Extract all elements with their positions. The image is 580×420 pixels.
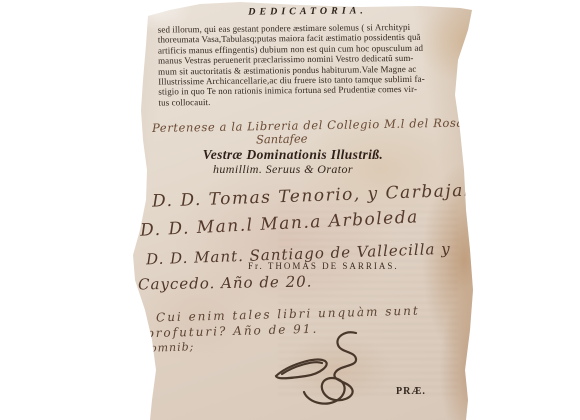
page-header: DEDICATORIA. [157,4,457,18]
exlibris-inscription-line1: Pertenese a la Libreria del Collegio M.l… [152,115,502,135]
printed-author-name: Fr. THOMAS DE SARRIAS. [248,261,399,271]
manuscript-note-line3: omnib; [150,340,195,355]
exlibris-inscription-line2: Santafee [256,132,308,147]
printed-paragraph: sed illorum, qui eas gestant pondere æst… [158,21,459,107]
signature-vallecilla-line2: Caycedo. Año de 20. [138,272,313,293]
ink-flourish-rubric-icon [268,330,380,418]
printed-text-block: DEDICATORIA. sed illorum, qui eas gestan… [157,4,458,107]
printed-salutation-line1: Vestræ Dominationis Illustriß. [128,147,458,163]
paragraph-line: tus collocauit. [158,94,458,108]
book-page: DEDICATORIA. sed illorum, qui eas gestan… [128,0,478,420]
photo-canvas: DEDICATORIA. sed illorum, qui eas gestan… [0,0,580,420]
catchword: PRÆ. [396,386,426,397]
printed-salutation-line2: humillim. Seruus & Orator [128,162,438,177]
